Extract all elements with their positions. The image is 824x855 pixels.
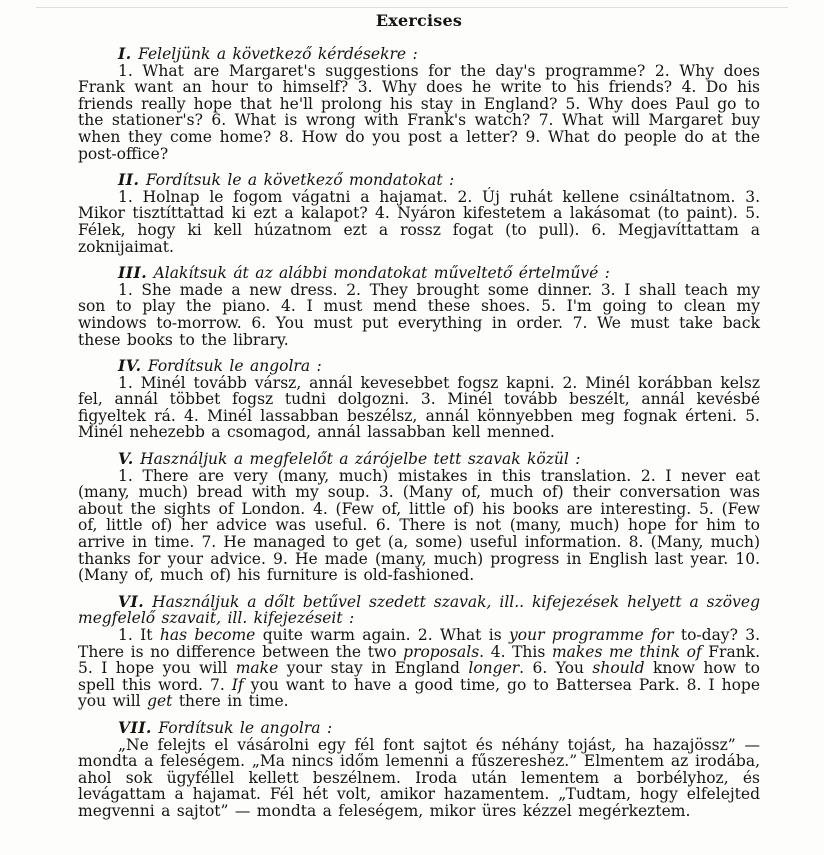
exercise-section-4: IV. Fordítsuk le angolra : 1. Minél tová… (78, 358, 760, 441)
exercise-body: 1. What are Margaret's suggestions for t… (78, 63, 760, 163)
exercise-numeral: II. (118, 170, 139, 189)
exercise-body: 1. Minél tovább vársz, annál kevesebbet … (78, 375, 760, 441)
exercise-heading: IV. Fordítsuk le angolra : (78, 358, 760, 375)
exercise-heading: III. Alakítsuk át az alábbi mondatokat m… (78, 265, 760, 282)
exercise-heading: I. Feleljünk a következő kérdésekre : (78, 46, 760, 63)
italic-term: should (592, 659, 644, 677)
page-title: Exercises (78, 12, 760, 30)
page-content: Exercises I. Feleljünk a következő kérdé… (78, 12, 760, 820)
exercise-body: 1. Holnap le fogom vágatni a hajamat. 2.… (78, 189, 760, 255)
exercise-body: „Ne felejts el vásárolni egy fél font sa… (78, 737, 760, 820)
textbook-page: Exercises I. Feleljünk a következő kérdé… (0, 0, 824, 855)
italic-term: has become (160, 626, 256, 644)
body-text-segment: quite warm again. 2. What is (255, 626, 509, 644)
exercise-numeral: IV. (118, 356, 141, 375)
exercise-section-1: I. Feleljünk a következő kérdésekre : 1.… (78, 46, 760, 162)
body-text-segment: . 4. This (479, 643, 552, 661)
exercise-heading-text: Fordítsuk le angolra : (148, 357, 322, 375)
exercise-section-7: VII. Fordítsuk le angolra : „Ne felejts … (78, 720, 760, 820)
italic-term: makes me think of (552, 643, 702, 661)
exercise-numeral: III. (118, 263, 147, 282)
exercise-numeral: VI. (118, 592, 144, 611)
exercise-heading: VI. Használjuk a dőlt betűvel szedett sz… (78, 594, 760, 627)
body-text-segment: there in time. (172, 692, 288, 710)
exercise-heading-text: Alakítsuk át az alábbi mondatokat művelt… (154, 264, 610, 282)
scan-artifact-line (36, 7, 788, 8)
exercise-heading-text: Használjuk a megfelelőt a zárójelbe tett… (140, 450, 580, 468)
exercise-heading: VII. Fordítsuk le angolra : (78, 720, 760, 737)
exercise-heading: II. Fordítsuk le a következő mondatokat … (78, 172, 760, 189)
exercise-section-2: II. Fordítsuk le a következő mondatokat … (78, 172, 760, 255)
exercise-numeral: VII. (118, 718, 152, 737)
exercise-section-3: III. Alakítsuk át az alábbi mondatokat m… (78, 265, 760, 348)
exercise-numeral: I. (118, 44, 132, 63)
exercise-section-6: VI. Használjuk a dőlt betűvel szedett sz… (78, 594, 760, 710)
exercise-section-5: V. Használjuk a megfelelőt a zárójelbe t… (78, 451, 760, 584)
italic-term: get (147, 692, 172, 710)
italic-term: make (236, 659, 279, 677)
italic-term: If (232, 676, 244, 694)
italic-term: proposals (403, 643, 479, 661)
exercise-heading: V. Használjuk a megfelelőt a zárójelbe t… (78, 451, 760, 468)
exercise-heading-text: Fordítsuk le angolra : (158, 719, 332, 737)
exercise-numeral: V. (118, 449, 134, 468)
exercise-heading-text: Fordítsuk le a következő mondatokat : (146, 171, 454, 189)
exercise-heading-text: Használjuk a dőlt betűvel szedett szavak… (78, 593, 760, 628)
body-text-segment: your stay in England (278, 659, 468, 677)
italic-term: longer (468, 659, 519, 677)
italic-term: your programme for (509, 626, 673, 644)
exercise-body: 1. There are very (many, much) mistakes … (78, 468, 760, 584)
exercise-body: 1. It has become quite warm again. 2. Wh… (78, 627, 760, 710)
exercise-heading-text: Feleljünk a következő kérdésekre : (138, 45, 418, 63)
body-text-segment: . 6. You (519, 659, 592, 677)
exercise-body: 1. She made a new dress. 2. They brought… (78, 282, 760, 348)
body-text-segment: 1. It (118, 626, 160, 644)
